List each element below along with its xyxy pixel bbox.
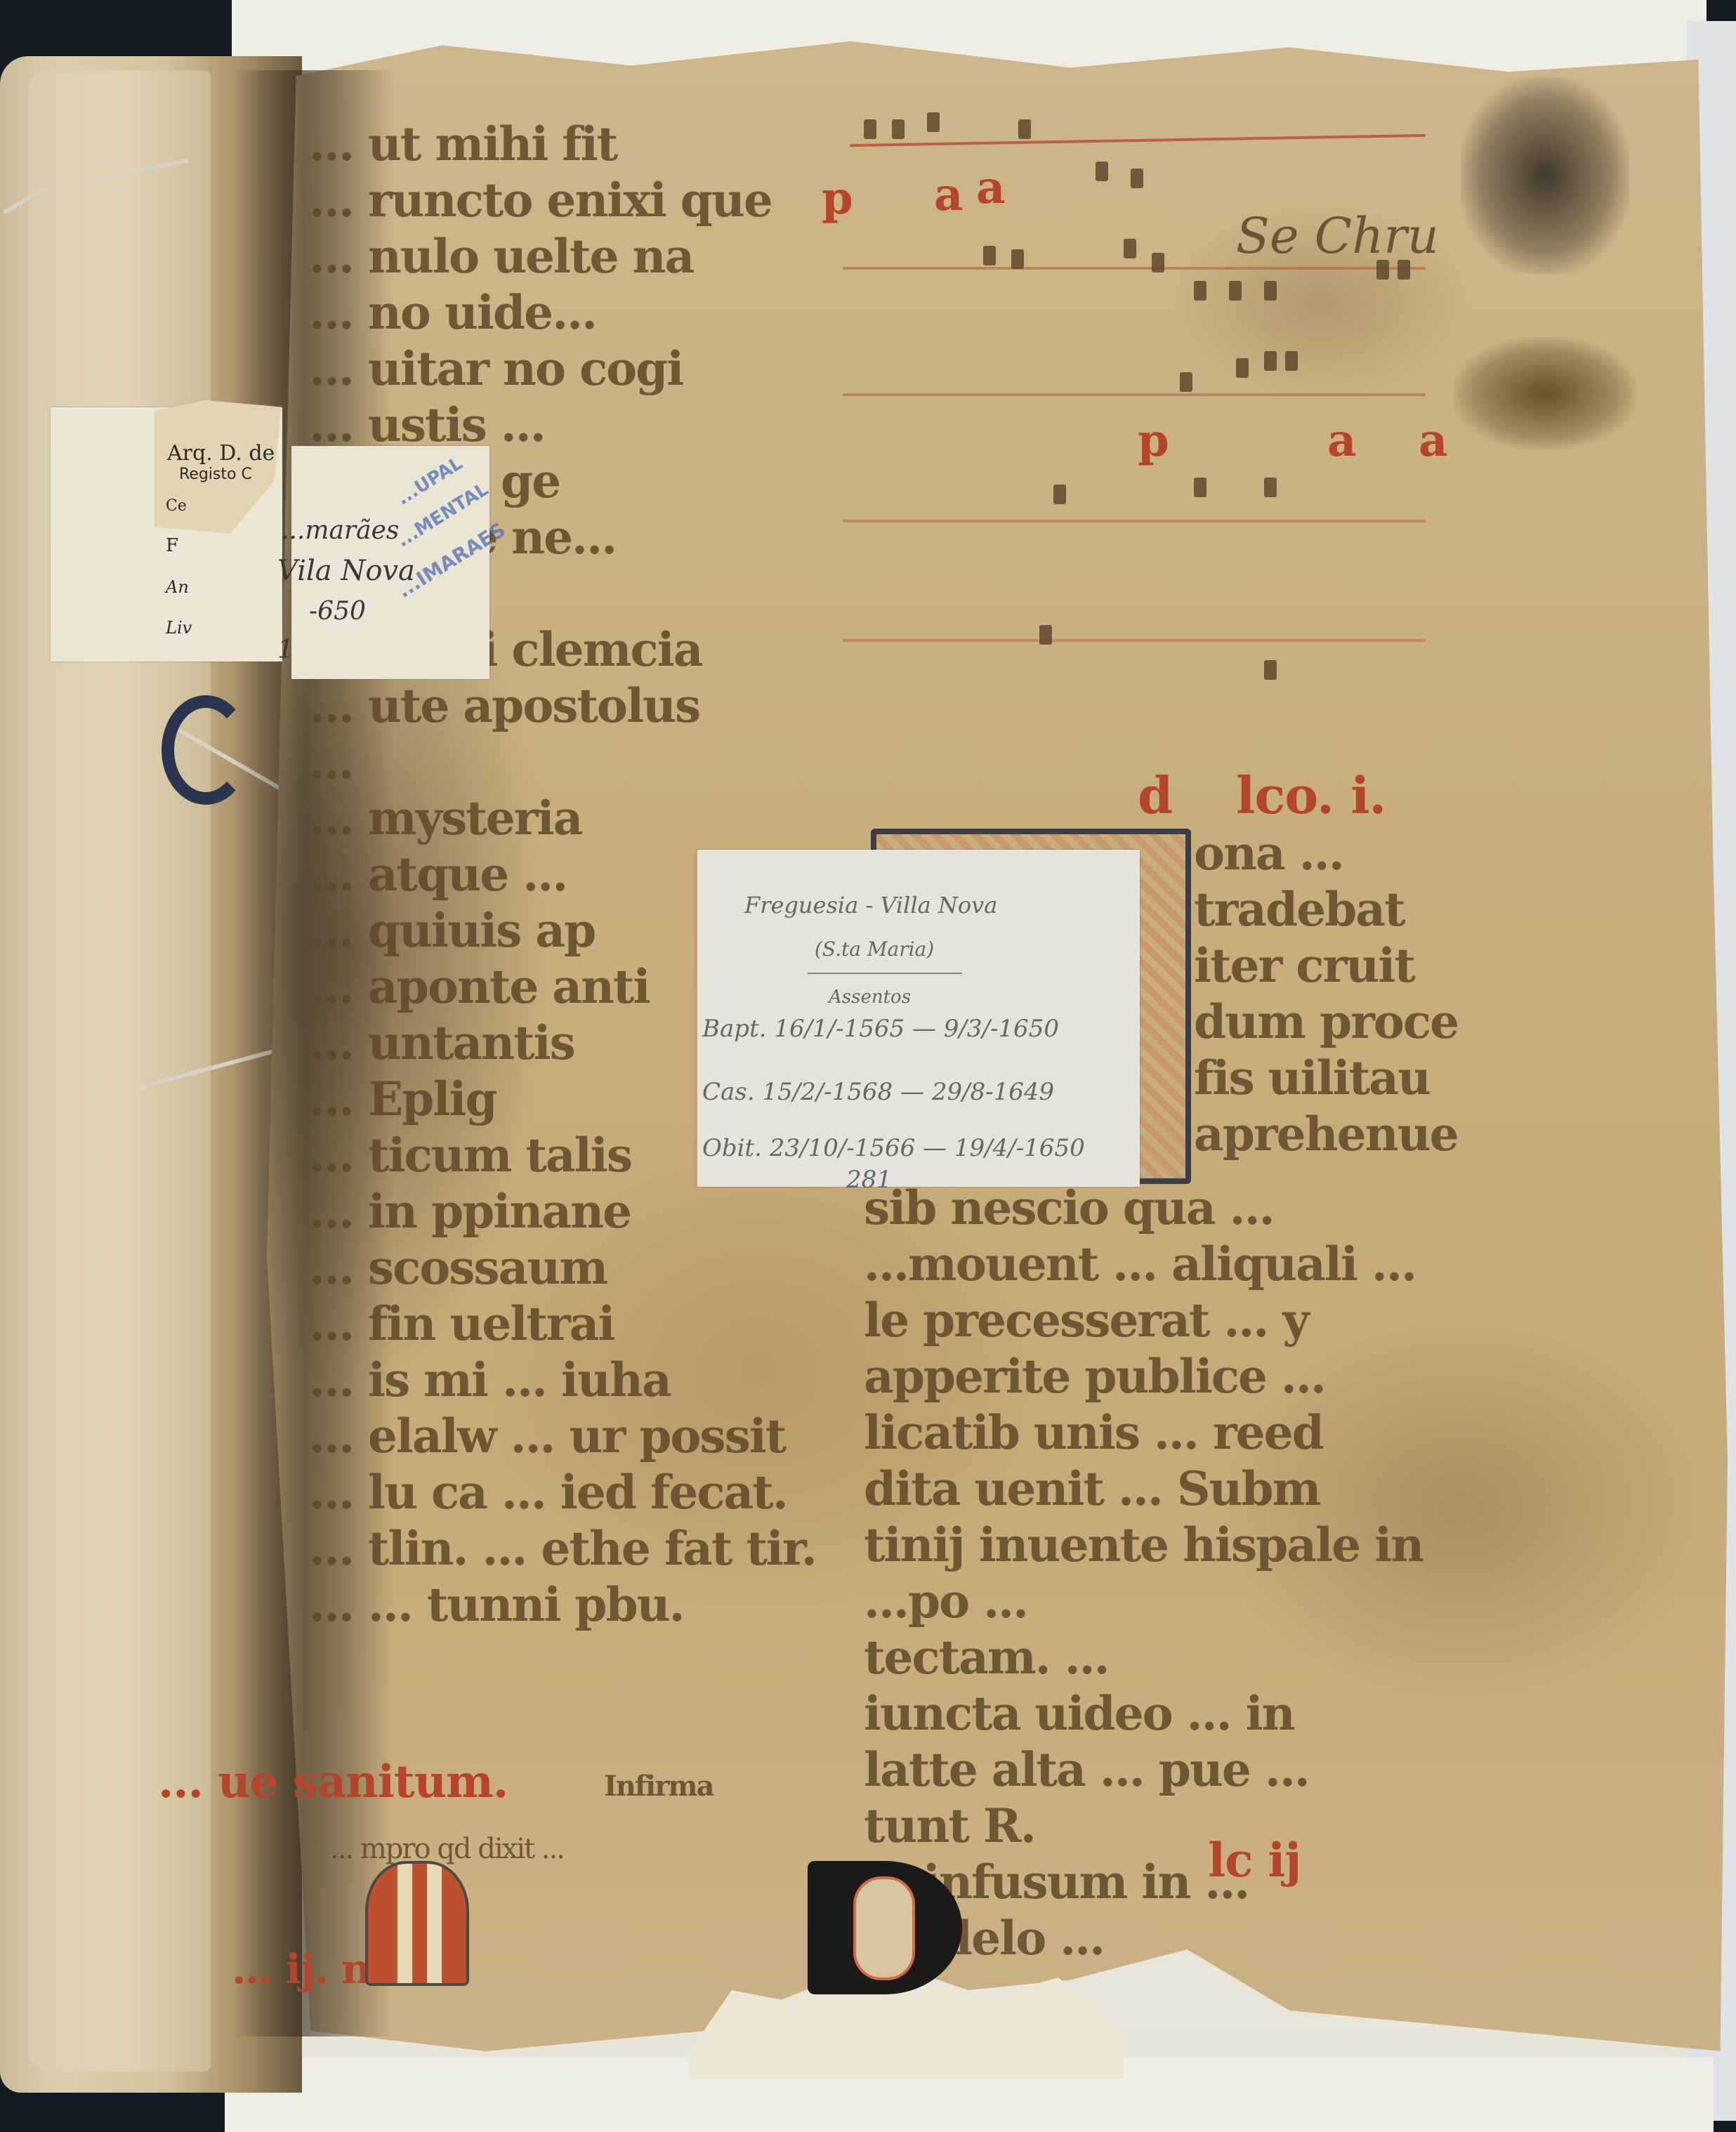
text-line: ... in ppinane	[309, 1183, 744, 1239]
neume	[1011, 249, 1024, 269]
neume	[983, 246, 996, 265]
chant-rubric: a	[1327, 414, 1356, 467]
dates-divider	[808, 973, 962, 974]
mold-stain	[1461, 77, 1629, 274]
text-line: ...	[309, 734, 744, 790]
mold-stain	[1454, 337, 1636, 449]
neume	[1124, 239, 1136, 258]
text-line: ... ustis ...	[309, 397, 744, 453]
text-line: le precesserat ... y	[864, 1292, 1454, 1348]
neume	[1264, 660, 1277, 680]
neume	[1053, 485, 1066, 504]
staff-line	[843, 267, 1426, 270]
text-line: ... mysteria	[309, 790, 744, 846]
text-line: ... elalw ... ur possit	[309, 1408, 744, 1464]
dates-label-heading: Assentos	[829, 987, 911, 1008]
initial-m	[365, 1861, 469, 1986]
text-line: ... ticum talis	[309, 1127, 744, 1183]
dates-row-from: 23/10/-1566	[770, 1134, 915, 1162]
text-line: ... untantis	[309, 1015, 744, 1071]
neume	[1194, 281, 1206, 301]
dates-row: Cas. 15/2/-1568 — 29/8-1649	[702, 1078, 1054, 1106]
dates-row-type: Cas.	[702, 1078, 755, 1106]
right-text-column: sib nescio qua ... ...mouent ... aliqual…	[864, 1180, 1454, 1966]
staff-line	[843, 520, 1426, 522]
text-line: ... tlin. ... ethe fat tir.	[309, 1520, 744, 1577]
left-rubric: ... ue sanitum.	[158, 1756, 508, 1808]
text-line: apperite publice ...	[864, 1348, 1454, 1404]
dates-row-from: 16/1/-1565	[774, 1015, 905, 1043]
archive-value-livro: 1	[277, 636, 294, 664]
neume	[1236, 358, 1249, 378]
marginal-note: Se Chru	[1236, 207, 1439, 265]
chant-rubric: p	[822, 172, 853, 225]
staff-line	[843, 393, 1426, 396]
neume	[1039, 625, 1052, 645]
text-line: ... ute apostolus	[309, 678, 744, 734]
neume	[1264, 478, 1277, 497]
right-top-rubric: lco. i.	[1236, 765, 1386, 825]
text-line: ... ... tunni pbu.	[309, 1577, 744, 1633]
neume	[1264, 351, 1277, 371]
dates-row-to: 29/8-1649	[932, 1078, 1054, 1106]
neume	[892, 119, 905, 139]
text-line: ona ...	[1194, 825, 1475, 881]
text-line: ... runcto enixi que	[309, 172, 744, 228]
text-line: tinij inuente hispale in	[864, 1517, 1454, 1573]
archive-field-concelho: Ce	[166, 497, 187, 515]
text-line: iter cruit	[1194, 937, 1475, 994]
text-line: ... lu ca ... ied fecat.	[309, 1464, 744, 1520]
right-initial-text-column: ona ... tradebat iter cruit dum proce fi…	[1194, 825, 1475, 1162]
chant-rubric: a	[934, 169, 963, 221]
text-line: dum proce	[1194, 994, 1475, 1050]
text-line: tunt R.	[864, 1798, 1454, 1854]
text-line: ... Eplig	[309, 1071, 744, 1127]
text-line: ... ut mihi fit	[309, 116, 744, 172]
neume	[1131, 169, 1143, 188]
dates-row-type: Bapt.	[702, 1015, 767, 1043]
neume	[1180, 372, 1192, 392]
text-line: ... quiuis ap	[309, 902, 744, 959]
neume	[1096, 162, 1108, 181]
text-line: ...mouent ... aliquali ...	[864, 1236, 1454, 1292]
chant-rubric: a	[1419, 414, 1447, 467]
archive-value-concelho: ...marães	[281, 516, 399, 545]
text-line: aprehenue	[1194, 1106, 1475, 1162]
text-line: latte alta ... pue ...	[864, 1742, 1454, 1798]
text-line: ... atque ...	[309, 846, 744, 902]
dates-row: Bapt. 16/1/-1565 — 9/3/-1650	[702, 1015, 1059, 1043]
blue-initial	[162, 695, 250, 805]
neume	[864, 119, 876, 139]
chant-rubric: d	[1138, 765, 1172, 825]
text-line: ...po ...	[864, 1573, 1454, 1629]
archive-label-title: Arq. D. de	[167, 441, 275, 466]
text-line: ... scossaum	[309, 1239, 744, 1296]
text-line: ... fin ueltrai	[309, 1296, 744, 1352]
neume	[927, 112, 940, 132]
dates-row-type: Obit.	[702, 1134, 762, 1162]
archive-value-anos: -650	[309, 597, 366, 626]
neume	[1194, 478, 1206, 497]
text-line: iuncta uideo ... in	[864, 1685, 1454, 1742]
text-line: licatib unis ... reed	[864, 1404, 1454, 1461]
chant-rubric: a	[976, 162, 1005, 214]
text-line: ... uitar no cogi	[309, 341, 744, 397]
archive-field-freguesia: F	[166, 535, 178, 556]
archive-label-subtitle: Registo C	[179, 466, 252, 483]
staff-line	[843, 639, 1426, 642]
neume	[1229, 281, 1242, 301]
dates-row-to: 9/3/-1650	[944, 1015, 1059, 1043]
dates-row-from: 15/2/-1568	[762, 1078, 893, 1106]
dates-label-number: 281	[846, 1166, 892, 1194]
left-bottom-text: ... mpro qd dixit ...	[330, 1833, 564, 1865]
dates-row: Obit. 23/10/-1566 — 19/4/-1650	[702, 1134, 1085, 1162]
text-line: ... is mi ... iuha	[309, 1352, 744, 1408]
text-line: ... aponte anti	[309, 959, 744, 1015]
neume	[1152, 253, 1164, 272]
neume	[1264, 281, 1277, 301]
left-bottom-rubric: ... ij. ni	[232, 1945, 385, 1993]
text-line: sib nescio qua ...	[864, 1180, 1454, 1236]
text-line: dita uenit ... Subm	[864, 1461, 1454, 1517]
initial-d-inner	[853, 1876, 915, 1980]
neume	[1285, 351, 1298, 371]
text-line: tectam. ...	[864, 1629, 1454, 1685]
left-rubric-tail: Infirma	[604, 1770, 714, 1803]
neume	[1018, 119, 1031, 139]
left-text-column: ... ut mihi fit ... runcto enixi que ...…	[309, 116, 744, 1633]
dates-label-title: Freguesia - Villa Nova	[744, 892, 997, 919]
archive-field-anos: An	[166, 577, 189, 597]
dates-label-subtitle: (S.ta Maria)	[815, 937, 934, 961]
chant-rubric: p	[1138, 414, 1169, 467]
text-line: ... nulo uelte na	[309, 228, 744, 284]
text-line: ... no uide...	[309, 284, 744, 341]
text-line: fis uilitau	[1194, 1050, 1475, 1106]
archive-field-livro: Liv	[166, 618, 192, 638]
right-rubric: lc ij	[1208, 1833, 1301, 1888]
dates-row-to: 19/4/-1650	[954, 1134, 1085, 1162]
text-line: tradebat	[1194, 881, 1475, 937]
